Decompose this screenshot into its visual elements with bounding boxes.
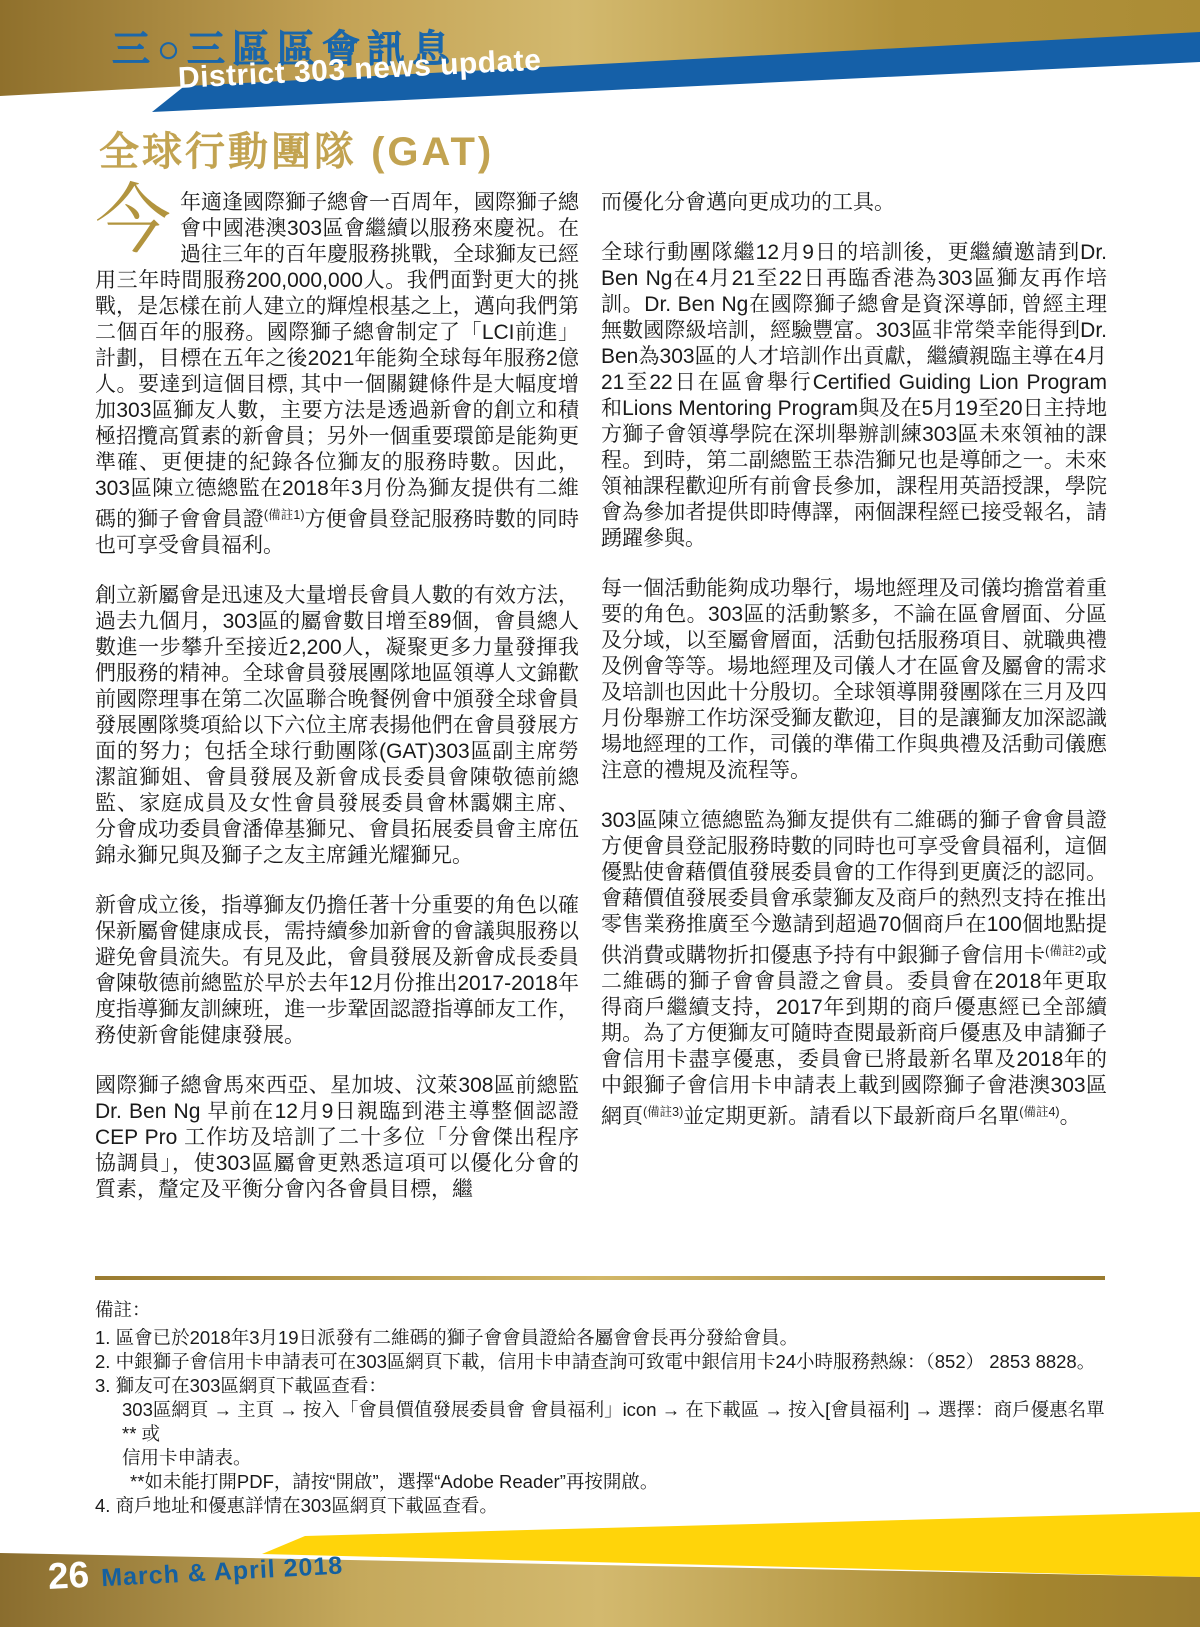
footnote-item: 2. 中銀獅子會信用卡申請表可在303區網頁下載，信用卡申請查詢可致電中銀信用卡…	[95, 1350, 1107, 1374]
paragraph: 303區陳立德總監為獅友提供有二維碼的獅子會會員證方便會員登記服務時數的同時也可…	[601, 808, 1107, 1130]
footnote-ref: (備註2)	[1045, 944, 1086, 958]
paragraph: 創立新屬會是迅速及大量增長會員人數的有效方法，過去九個月，303區的屬會數目增至…	[95, 583, 579, 869]
article-body: 今年適逢國際獅子總會一百周年，國際獅子總會中國港澳303區會繼續以服務來慶祝。在…	[95, 190, 1107, 1203]
magazine-page: 三○三區區會訊息 District 303 news update 全球行動團隊…	[0, 0, 1200, 1627]
paragraph: 今年適逢國際獅子總會一百周年，國際獅子總會中國港澳303區會繼續以服務來慶祝。在…	[95, 190, 579, 559]
text-run: 303區陳立德總監為獅友提供有二維碼的獅子會會員證方便會員登記服務時數的同時也可…	[601, 809, 1107, 967]
footnote-ref: (備註1)	[264, 508, 305, 522]
paragraph: 新會成立後，指導獅友仍擔任著十分重要的角色以確保新屬會健康成長，需持續參加新會的…	[95, 893, 579, 1049]
footnotes-section: 備註： 1. 區會已於2018年3月19日派發有二維碼的獅子會會員證給各屬會會長…	[95, 1298, 1107, 1518]
column-right: 而優化分會邁向更成功的工具。全球行動團隊繼12月9日的培訓後，更繼續邀請到Dr.…	[601, 190, 1107, 1203]
column-left: 今年適逢國際獅子總會一百周年，國際獅子總會中國港澳303區會繼續以服務來慶祝。在…	[95, 190, 579, 1203]
text-run: 或二維碼的獅子會會員證之會員。委員會在2018年更取得商戶繼續支持，2017年到…	[601, 944, 1107, 1128]
text-run: 全球行動團隊繼12月9日的培訓後，更繼續邀請到Dr. Ben Ng在4月21至2…	[601, 241, 1107, 550]
page-number: 26	[47, 1554, 90, 1598]
text-run: 創立新屬會是迅速及大量增長會員人數的有效方法，過去九個月，303區的屬會數目增至…	[95, 584, 579, 867]
paragraph: 而優化分會邁向更成功的工具。	[601, 190, 1107, 216]
text-run: 並定期更新。請看以下最新商戶名單	[683, 1105, 1019, 1128]
footnote-item: 1. 區會已於2018年3月19日派發有二維碼的獅子會會員證給各屬會會長再分發給…	[95, 1326, 1107, 1350]
footnote-ref: (備註4)	[1019, 1105, 1059, 1119]
footnote-divider	[95, 1276, 1105, 1280]
paragraph: 每一個活動能夠成功舉行，場地經理及司儀均擔當着重要的角色。303區的活動繁多，不…	[601, 576, 1107, 784]
footnote-item: 3. 獅友可在303區網頁下載區查看：	[95, 1374, 1107, 1398]
footnote-item: 信用卡申請表。	[95, 1446, 1107, 1470]
page-footer: 26 March & April 2018	[0, 1500, 1200, 1627]
text-run: 每一個活動能夠成功舉行，場地經理及司儀均擔當着重要的角色。303區的活動繁多，不…	[601, 577, 1107, 782]
footnotes-label: 備註：	[95, 1298, 1107, 1322]
footnotes-list: 1. 區會已於2018年3月19日派發有二維碼的獅子會會員證給各屬會會長再分發給…	[95, 1326, 1107, 1518]
footnote-item: **如未能打開PDF，請按“開啟”，選擇“Adobe Reader”再按開啟。	[95, 1470, 1107, 1494]
text-run: 。	[1060, 1105, 1081, 1128]
text-run: 而優化分會邁向更成功的工具。	[601, 191, 895, 214]
paragraph: 國際獅子總會馬來西亞、星加坡、汶萊308區前總監 Dr. Ben Ng 早前在1…	[95, 1073, 579, 1203]
paragraph: 全球行動團隊繼12月9日的培訓後，更繼續邀請到Dr. Ben Ng在4月21至2…	[601, 240, 1107, 552]
dropcap: 今	[95, 190, 180, 249]
text-run: 新會成立後，指導獅友仍擔任著十分重要的角色以確保新屬會健康成長，需持續參加新會的…	[95, 894, 579, 1047]
footnote-ref: (備註3)	[643, 1105, 683, 1119]
footnote-item: 303區網頁 → 主頁 → 按入「會員價值發展委員會 會員福利」icon → 在…	[95, 1398, 1107, 1446]
article-heading: 全球行動團隊 (GAT)	[99, 120, 494, 177]
text-run: 國際獅子總會馬來西亞、星加坡、汶萊308區前總監 Dr. Ben Ng 早前在1…	[95, 1074, 579, 1201]
